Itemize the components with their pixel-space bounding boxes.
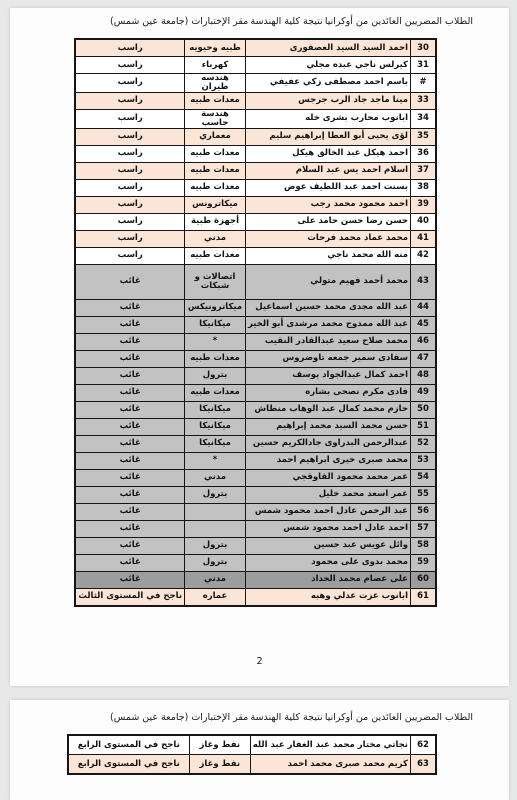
header-title-faculty-result: نتيجة كلية الهندسة — [251, 16, 323, 27]
name-cell: عمر اسعد محمد خليل — [246, 486, 411, 503]
name-cell: اسلام احمد يس عبد السلام — [246, 162, 411, 179]
table-row: 51حسن محمد السيد محمد إبراهيمميكانيكاغائ… — [75, 418, 436, 435]
table-row: 53محمد صبرى خيرى ابراهيم احمد*غائب — [75, 452, 436, 469]
result-cell: غائب — [75, 469, 184, 486]
name-cell: باسم احمد مصطفى زكي عفيفي — [246, 74, 411, 93]
table-row: 55عمر اسعد محمد خليلبترولغائب — [75, 486, 436, 503]
table-row: 45عبد الله ممدوح محمد مرشدى أبو الخيرميك… — [75, 316, 436, 333]
no-cell: 62 — [411, 735, 437, 755]
result-cell: راسب — [75, 92, 184, 109]
dept-cell: ميكانيكا — [185, 435, 246, 452]
no-cell: 47 — [411, 350, 437, 367]
table-row: 48احمد كمال عبدالجواد يوسفبترولغائب — [75, 367, 436, 384]
name-cell: فادى مكرم نصحى بشاره — [246, 384, 411, 401]
name-cell: احمد هيكل عبد الخالق هيكل — [246, 145, 411, 162]
document-header: الطلاب المصريين العائدين من أوكرانيا نتي… — [110, 712, 473, 723]
result-cell: راسب — [75, 109, 184, 128]
no-cell: 63 — [411, 755, 437, 775]
no-cell: 41 — [411, 230, 437, 247]
no-cell: 50 — [411, 401, 437, 418]
dept-cell: معدات طبيه — [185, 92, 246, 109]
results-table-body: 30احمد السيد السيد العصفورىطبيه وحيويهرا… — [75, 39, 436, 606]
result-cell: غائب — [75, 503, 184, 520]
no-cell: 48 — [411, 367, 437, 384]
table-row: 42منه الله محمد ناجيمعدات طبيهراسب — [75, 247, 436, 264]
no-cell: 54 — [411, 469, 437, 486]
name-cell: نجاتي مختار محمد عبد الغفار عبد الله — [250, 735, 410, 755]
no-cell: 51 — [411, 418, 437, 435]
no-cell: 60 — [411, 571, 437, 588]
dept-cell: ميكاترونيكس — [185, 299, 246, 316]
name-cell: بسنت احمد عبد اللطيف عوض — [246, 179, 411, 196]
table-row: 40حسن رضا حسن حامد علىأجهزة طبيةراسب — [75, 213, 436, 230]
result-cell: راسب — [75, 128, 184, 145]
name-cell: لؤى يحيى أبو العطا إبراهيم سليم — [246, 128, 411, 145]
result-cell: غائب — [75, 486, 184, 503]
dept-cell: ميكانيكا — [185, 418, 246, 435]
table-row: 39احمد محمود محمد رجبميكاترونسراسب — [75, 196, 436, 213]
header-title-exam-location: مقر الإختبارات (جامعة عين شمس) — [110, 16, 248, 27]
result-cell: راسب — [75, 39, 184, 57]
table-row: 54عمر محمد محمود القاوقجيمدنيغائب — [75, 469, 436, 486]
dept-cell: مدني — [185, 571, 246, 588]
name-cell: منه الله محمد ناجي — [246, 247, 411, 264]
result-cell: ناجح في المستوى الرابع — [68, 735, 190, 755]
dept-cell — [185, 520, 246, 537]
table-row: 63كريم محمد صبرى محمد احمدنفط وغازناجح ف… — [68, 755, 436, 775]
no-cell: 46 — [411, 333, 437, 350]
result-cell: غائب — [75, 384, 184, 401]
name-cell: حسن رضا حسن حامد على — [246, 213, 411, 230]
table-row: 46محمد صلاح سعيد عبدالقادر النقيب*غائب — [75, 333, 436, 350]
name-cell: احمد كمال عبدالجواد يوسف — [246, 367, 411, 384]
table-row: 37اسلام احمد يس عبد السلاممعدات طبيهراسب — [75, 162, 436, 179]
dept-cell: بترول — [185, 486, 246, 503]
table-row: #باسم احمد مصطفى زكي عفيفيهندسه طيرانراس… — [75, 74, 436, 93]
result-cell: راسب — [75, 74, 184, 93]
dept-cell: نفط وغاز — [189, 735, 250, 755]
table-row: 52عبدالرحمن البدراوى جادالكريم حسينميكان… — [75, 435, 436, 452]
result-cell: غائب — [75, 367, 184, 384]
no-cell: 40 — [411, 213, 437, 230]
document-page-1: الطلاب المصريين العائدين من أوكرانيا نتي… — [10, 8, 509, 686]
table-row: 61ابانوب عزت عدلي وهبهعمارهناجح في المست… — [75, 588, 436, 606]
result-cell: راسب — [75, 247, 184, 264]
result-cell: غائب — [75, 333, 184, 350]
table-row: 62نجاتي مختار محمد عبد الغفار عبد اللهنف… — [68, 735, 436, 755]
header-title-students: الطلاب المصريين العائدين من أوكرانيا — [325, 16, 473, 27]
table-row: 41محمد عماد محمد فرحاتمدنيراسب — [75, 230, 436, 247]
result-cell: غائب — [75, 316, 184, 333]
dept-cell: ميكانيكا — [185, 316, 246, 333]
name-cell: عبدالرحمن البدراوى جادالكريم حسين — [246, 435, 411, 452]
no-cell: 38 — [411, 179, 437, 196]
result-cell: راسب — [75, 213, 184, 230]
name-cell: احمد عادل احمد محمود شمس — [246, 520, 411, 537]
no-cell: 59 — [411, 554, 437, 571]
result-cell: غائب — [75, 401, 184, 418]
dept-cell: معدات طبيه — [185, 162, 246, 179]
no-cell: 42 — [411, 247, 437, 264]
result-cell: راسب — [75, 57, 184, 74]
dept-cell: هندسه طيران — [185, 74, 246, 93]
table-row: 38بسنت احمد عبد اللطيف عوضمعدات طبيهراسب — [75, 179, 436, 196]
no-cell: 43 — [411, 264, 437, 299]
dept-cell: مدني — [185, 469, 246, 486]
no-cell: 36 — [411, 145, 437, 162]
no-cell: 31 — [411, 57, 437, 74]
result-cell: ناجح في المستوى الثالث — [75, 588, 184, 606]
name-cell: محمد عماد محمد فرحات — [246, 230, 411, 247]
table-row: 50حازم محمد كمال عبد الوهاب منطاشميكانيك… — [75, 401, 436, 418]
no-cell: 44 — [411, 299, 437, 316]
result-cell: راسب — [75, 145, 184, 162]
page-number: 2 — [10, 656, 509, 667]
table-row: 35لؤى يحيى أبو العطا إبراهيم سليممعمارير… — [75, 128, 436, 145]
results-table: 30احمد السيد السيد العصفورىطبيه وحيويهرا… — [74, 38, 437, 607]
result-cell: غائب — [75, 571, 184, 588]
dept-cell: عماره — [185, 588, 246, 606]
table-row: 47سفادى سمير جمعه تاوضروسمعدات طبيهغائب — [75, 350, 436, 367]
name-cell: كيرلس ناجي عبده مجلي — [246, 57, 411, 74]
table-row: 56عبد الرحمن عادل احمد محمود شمسغائب — [75, 503, 436, 520]
table-row: 57احمد عادل احمد محمود شمسغائب — [75, 520, 436, 537]
name-cell: محمد صلاح سعيد عبدالقادر النقيب — [246, 333, 411, 350]
no-cell: 33 — [411, 92, 437, 109]
no-cell: 53 — [411, 452, 437, 469]
result-cell: راسب — [75, 179, 184, 196]
dept-cell: نفط وغاز — [189, 755, 250, 775]
name-cell: حسن محمد السيد محمد إبراهيم — [246, 418, 411, 435]
table-row: 34ابانوب محارب بشرى خلههندسة حاسبراسب — [75, 109, 436, 128]
document-page-2: الطلاب المصريين العائدين من أوكرانيا نتي… — [10, 700, 509, 800]
dept-cell — [185, 503, 246, 520]
result-cell: غائب — [75, 537, 184, 554]
no-cell: 37 — [411, 162, 437, 179]
header-title-exam-location: مقر الإختبارات (جامعة عين شمس) — [110, 712, 248, 723]
dept-cell: طبيه وحيويه — [185, 39, 246, 57]
dept-cell: هندسة حاسب — [185, 109, 246, 128]
no-cell: 57 — [411, 520, 437, 537]
table-row: 58وائل عويس عبد حسينبترولغائب — [75, 537, 436, 554]
dept-cell: معدات طبيه — [185, 145, 246, 162]
result-cell: غائب — [75, 520, 184, 537]
name-cell: محمد صبرى خيرى ابراهيم احمد — [246, 452, 411, 469]
name-cell: سفادى سمير جمعه تاوضروس — [246, 350, 411, 367]
no-cell: 49 — [411, 384, 437, 401]
result-cell: غائب — [75, 299, 184, 316]
result-cell: راسب — [75, 196, 184, 213]
name-cell: محمد بدوى على محمود — [246, 554, 411, 571]
name-cell: حازم محمد كمال عبد الوهاب منطاش — [246, 401, 411, 418]
dept-cell: مدني — [185, 230, 246, 247]
result-cell: راسب — [75, 230, 184, 247]
table-row: 33مينا ماجد جاد الرب جرجسمعدات طبيهراسب — [75, 92, 436, 109]
table-row: 31كيرلس ناجي عبده مجليكهرباءراسب — [75, 57, 436, 74]
document-header: الطلاب المصريين العائدين من أوكرانيا نتي… — [110, 16, 473, 27]
name-cell: ابانوب محارب بشرى خله — [246, 109, 411, 128]
table-row: 59محمد بدوى على محمودبترولغائب — [75, 554, 436, 571]
name-cell: وائل عويس عبد حسين — [246, 537, 411, 554]
table-row: 43محمد أحمد فهيم متولياتصالات و شبكاتغائ… — [75, 264, 436, 299]
name-cell: ابانوب عزت عدلي وهبه — [246, 588, 411, 606]
dept-cell: اتصالات و شبكات — [185, 264, 246, 299]
no-cell: 52 — [411, 435, 437, 452]
header-title-students: الطلاب المصريين العائدين من أوكرانيا — [325, 712, 473, 723]
scanned-document: { "colors": { "fail_absent_peach": "#fbe… — [0, 0, 517, 800]
result-cell: غائب — [75, 435, 184, 452]
result-cell: ناجح في المستوى الرابع — [68, 755, 190, 775]
result-cell: راسب — [75, 162, 184, 179]
no-cell: 35 — [411, 128, 437, 145]
dept-cell: كهرباء — [185, 57, 246, 74]
dept-cell: ميكاترونس — [185, 196, 246, 213]
no-cell: # — [411, 74, 437, 93]
header-title-faculty-result: نتيجة كلية الهندسة — [251, 712, 323, 723]
result-cell: غائب — [75, 554, 184, 571]
table-row: 36احمد هيكل عبد الخالق هيكلمعدات طبيهراس… — [75, 145, 436, 162]
name-cell: على عصام محمد الحداد — [246, 571, 411, 588]
dept-cell: معدات طبيه — [185, 384, 246, 401]
name-cell: محمد أحمد فهيم متولي — [246, 264, 411, 299]
no-cell: 45 — [411, 316, 437, 333]
dept-cell: ميكانيكا — [185, 401, 246, 418]
table-row: 60على عصام محمد الحدادمدنيغائب — [75, 571, 436, 588]
results-table-continued: 62نجاتي مختار محمد عبد الغفار عبد اللهنف… — [67, 734, 437, 775]
dept-cell: بترول — [185, 367, 246, 384]
table-row: 44عبد الله مجدى محمد حسين اسماعيلميكاترو… — [75, 299, 436, 316]
name-cell: عبد الله ممدوح محمد مرشدى أبو الخير — [246, 316, 411, 333]
name-cell: احمد السيد السيد العصفورى — [246, 39, 411, 57]
no-cell: 61 — [411, 588, 437, 606]
result-cell: غائب — [75, 350, 184, 367]
dept-cell: معدات طبيه — [185, 350, 246, 367]
name-cell: مينا ماجد جاد الرب جرجس — [246, 92, 411, 109]
dept-cell: بترول — [185, 554, 246, 571]
table-row: 49فادى مكرم نصحى بشارهمعدات طبيهغائب — [75, 384, 436, 401]
no-cell: 39 — [411, 196, 437, 213]
name-cell: عمر محمد محمود القاوقجي — [246, 469, 411, 486]
no-cell: 56 — [411, 503, 437, 520]
name-cell: عبد الرحمن عادل احمد محمود شمس — [246, 503, 411, 520]
no-cell: 30 — [411, 39, 437, 57]
name-cell: كريم محمد صبرى محمد احمد — [250, 755, 410, 775]
dept-cell: بترول — [185, 537, 246, 554]
dept-cell: أجهزة طبية — [185, 213, 246, 230]
no-cell: 34 — [411, 109, 437, 128]
no-cell: 58 — [411, 537, 437, 554]
result-cell: غائب — [75, 452, 184, 469]
dept-cell: معدات طبيه — [185, 179, 246, 196]
name-cell: احمد محمود محمد رجب — [246, 196, 411, 213]
dept-cell: معماري — [185, 128, 246, 145]
results-table-body: 62نجاتي مختار محمد عبد الغفار عبد اللهنف… — [68, 735, 436, 774]
dept-cell: معدات طبيه — [185, 247, 246, 264]
name-cell: عبد الله مجدى محمد حسين اسماعيل — [246, 299, 411, 316]
dept-cell: * — [185, 452, 246, 469]
dept-cell: * — [185, 333, 246, 350]
result-cell: غائب — [75, 418, 184, 435]
no-cell: 55 — [411, 486, 437, 503]
result-cell: غائب — [75, 264, 184, 299]
table-row: 30احمد السيد السيد العصفورىطبيه وحيويهرا… — [75, 39, 436, 57]
